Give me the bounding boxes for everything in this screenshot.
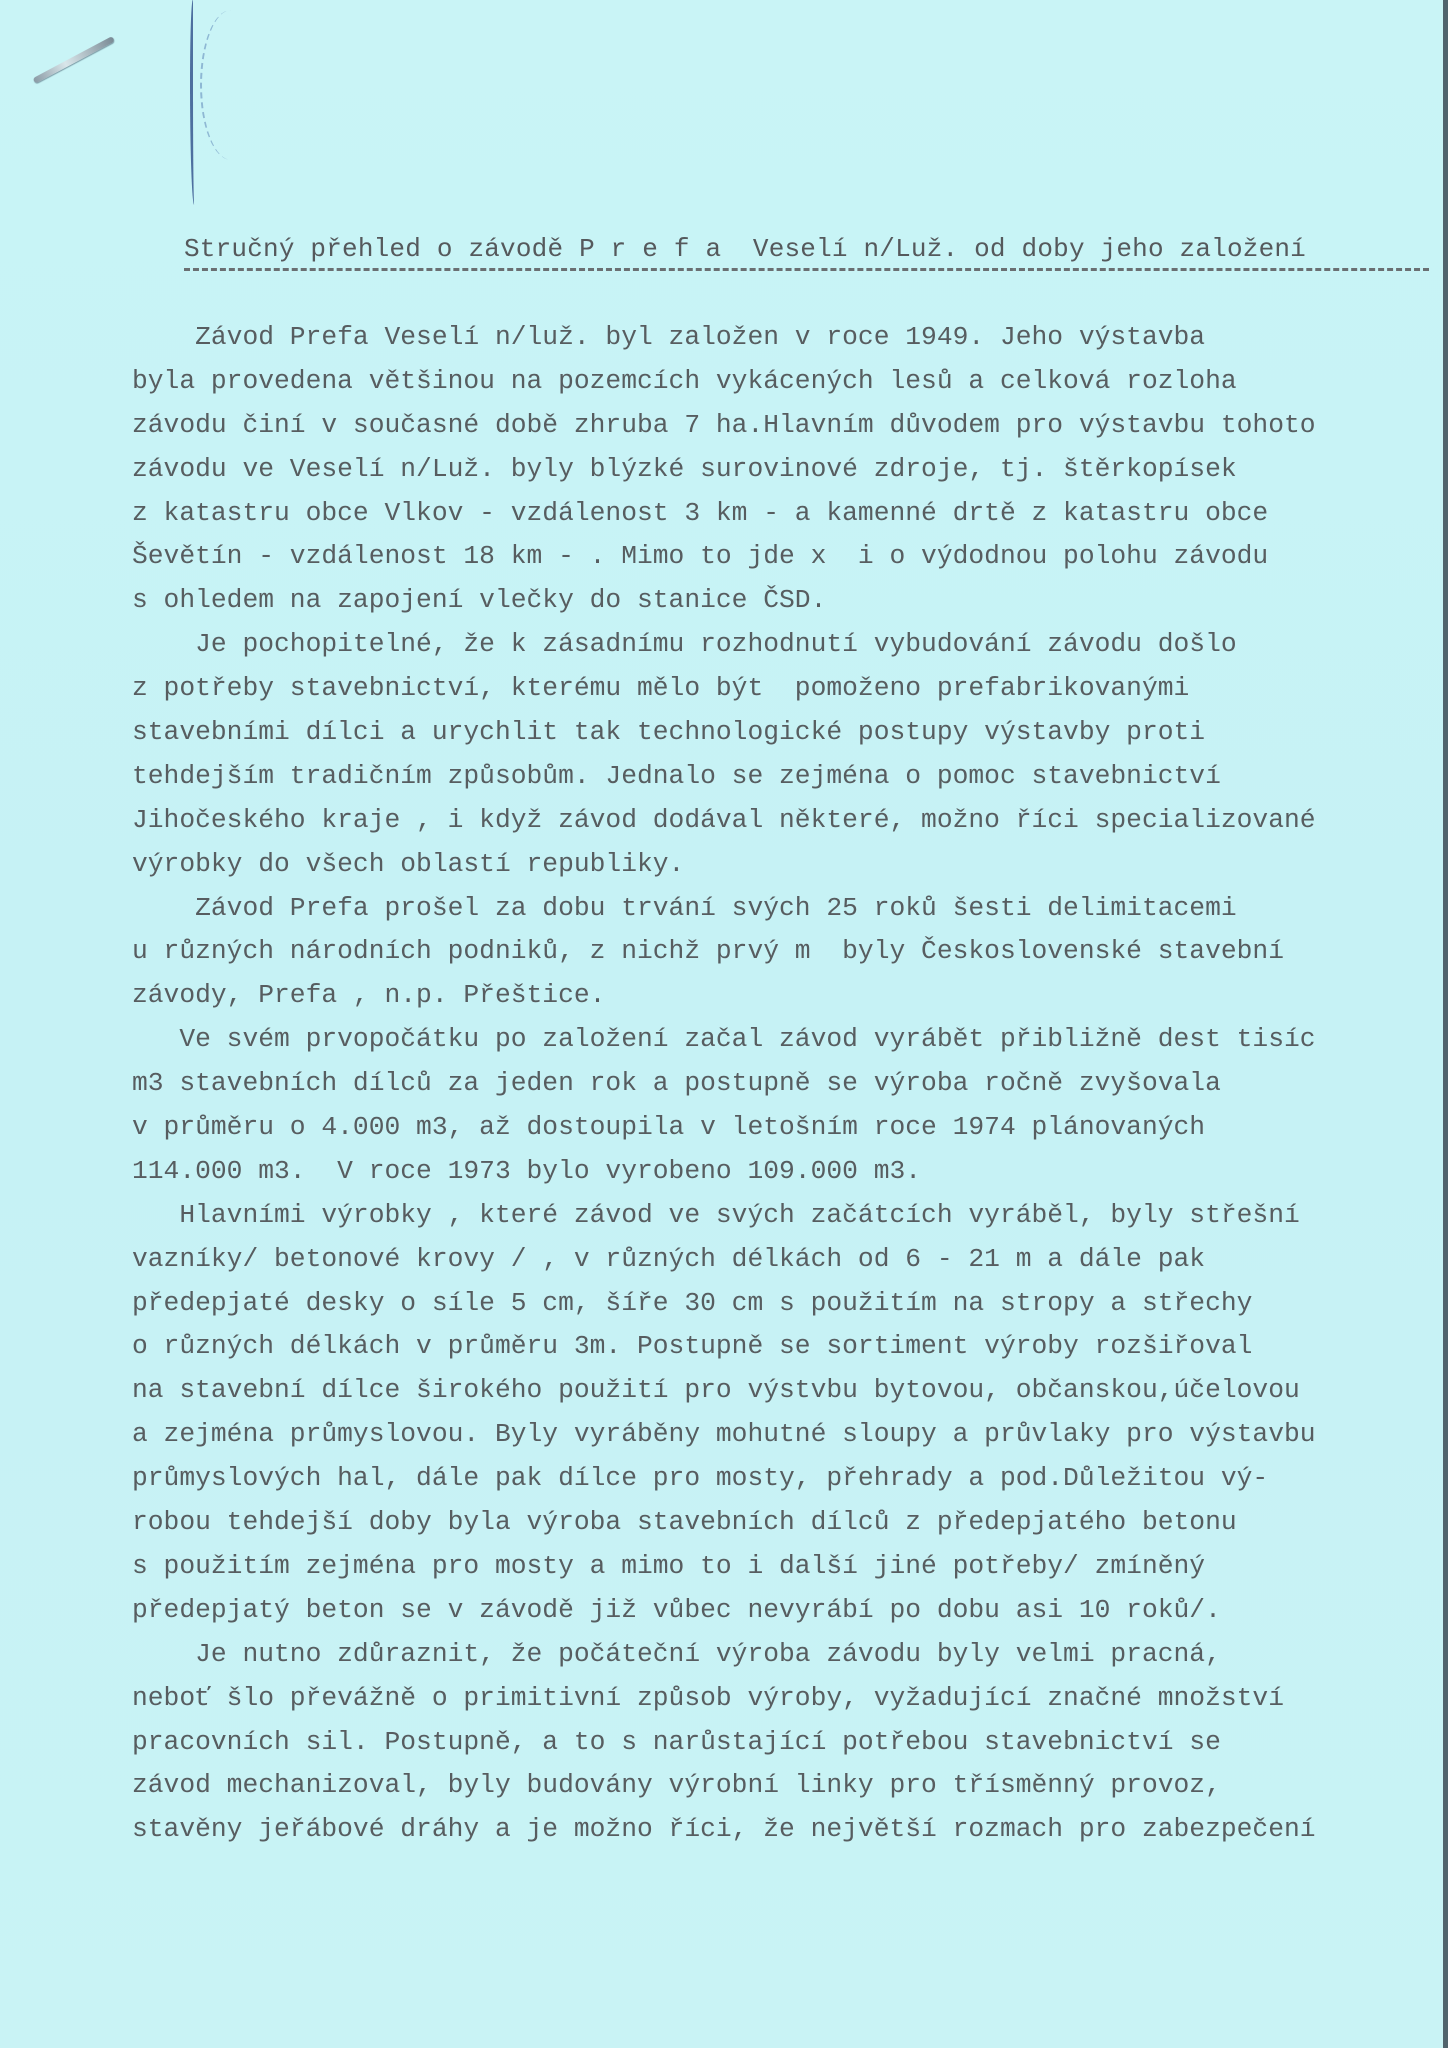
- text-line: předepjatý beton se v závodě již vůbec n…: [132, 1589, 1432, 1633]
- text-line: Závod Prefa prošel za dobu trvání svých …: [132, 887, 1432, 931]
- text-line: závody, Prefa , n.p. Přeštice.: [132, 974, 1432, 1018]
- text-line: pracovních sil. Postupně, a to s narůsta…: [132, 1721, 1432, 1765]
- text-line: m3 stavebních dílců za jeden rok a postu…: [132, 1062, 1432, 1106]
- text-line: vazníky/ betonové krovy / , v různých dé…: [132, 1238, 1432, 1282]
- text-line: Hlavními výrobky , které závod ve svých …: [132, 1194, 1432, 1238]
- text-line: robou tehdejší doby byla výroba stavební…: [132, 1501, 1432, 1545]
- text-line: Jihočeského kraje , i když závod dodával…: [132, 799, 1432, 843]
- text-line: závod mechanizoval, byly budovány výrobn…: [132, 1764, 1432, 1808]
- text-line: průmyslových hal, dále pak dílce pro mos…: [132, 1457, 1432, 1501]
- text-line: byla provedena většinou na pozemcích vyk…: [132, 360, 1432, 404]
- text-line: 114.000 m3. V roce 1973 bylo vyrobeno 10…: [132, 1150, 1432, 1194]
- text-line: závodu činí v současné době zhruba 7 ha.…: [132, 404, 1432, 448]
- title-dashed-underline: [184, 268, 1429, 271]
- text-line: výrobky do všech oblastí republiky.: [132, 843, 1432, 887]
- document-title: Stručný přehled o závodě P r e f a Vesel…: [184, 234, 1306, 264]
- text-line: o různých délkách v průměru 3m. Postupně…: [132, 1325, 1432, 1369]
- pen-scratch-mark: [33, 36, 115, 84]
- text-line: a zejména průmyslovou. Byly vyráběny moh…: [132, 1413, 1432, 1457]
- faint-ink-mark: [200, 10, 262, 160]
- scanned-page: Stručný přehled o závodě P r e f a Vesel…: [0, 0, 1448, 2048]
- text-line: stavebními dílci a urychlit tak technolo…: [132, 711, 1432, 755]
- ink-stroke-mark: [190, 0, 197, 205]
- text-line: neboť šlo převážně o primitivní způsob v…: [132, 1677, 1432, 1721]
- text-line: závodu ve Veselí n/Luž. byly blýzké suro…: [132, 448, 1432, 492]
- text-line: v průměru o 4.000 m3, až dostoupila v le…: [132, 1106, 1432, 1150]
- document-body: Závod Prefa Veselí n/luž. byl založen v …: [132, 316, 1432, 1852]
- text-line: předepjaté desky o síle 5 cm, šíře 30 cm…: [132, 1282, 1432, 1326]
- text-line: stavěny jeřábové dráhy a je možno říci, …: [132, 1808, 1432, 1852]
- page-edge: [1443, 0, 1448, 2048]
- text-line: na stavební dílce širokého použití pro v…: [132, 1369, 1432, 1413]
- text-line: z katastru obce Vlkov - vzdálenost 3 km …: [132, 492, 1432, 536]
- text-line: s ohledem na zapojení vlečky do stanice …: [132, 579, 1432, 623]
- text-line: z potřeby stavebnictví, kterému mělo být…: [132, 667, 1432, 711]
- text-line: tehdejším tradičním způsobům. Jednalo se…: [132, 755, 1432, 799]
- text-line: s použitím zejména pro mosty a mimo to i…: [132, 1545, 1432, 1589]
- text-line: Ševětín - vzdálenost 18 km - . Mimo to j…: [132, 535, 1432, 579]
- text-line: u různých národních podniků, z nichž prv…: [132, 930, 1432, 974]
- text-line: Ve svém prvopočátku po založení začal zá…: [132, 1018, 1432, 1062]
- text-line: Je pochopitelné, že k zásadnímu rozhodnu…: [132, 623, 1432, 667]
- text-line: Závod Prefa Veselí n/luž. byl založen v …: [132, 316, 1432, 360]
- text-line: Je nutno zdůraznit, že počáteční výroba …: [132, 1633, 1432, 1677]
